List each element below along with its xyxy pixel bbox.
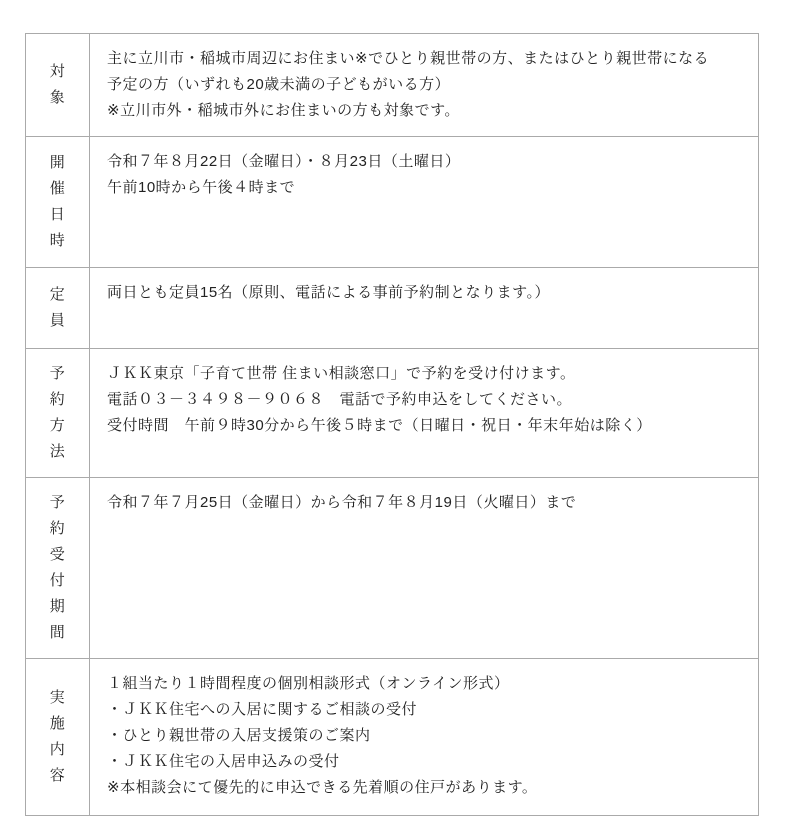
consultation-info-table-container: 対 象 主に立川市・稲城市周辺にお住まい※でひとり親世帯の方、またはひとり親世帯… <box>25 33 759 816</box>
row-content-date-time: 令和７年８月22日（金曜日）・８月23日（土曜日） 午前10時から午後４時まで <box>90 137 759 268</box>
table-row: 開 催 日 時 令和７年８月22日（金曜日）・８月23日（土曜日） 午前10時か… <box>26 137 759 268</box>
table-row: 予 約 方 法 ＪＫＫ東京「子育て世帯 住まい相談窓口」で予約を受け付けます。 … <box>26 349 759 478</box>
row-content-target: 主に立川市・稲城市周辺にお住まい※でひとり親世帯の方、またはひとり親世帯になる … <box>90 34 759 137</box>
table-row: 対 象 主に立川市・稲城市周辺にお住まい※でひとり親世帯の方、またはひとり親世帯… <box>26 34 759 137</box>
row-content-reservation-period: 令和７年７月25日（金曜日）から令和７年８月19日（火曜日）まで <box>90 478 759 659</box>
row-content-reservation-method: ＪＫＫ東京「子育て世帯 住まい相談窓口」で予約を受け付けます。 電話０３－３４９… <box>90 349 759 478</box>
table-row: 予 約 受 付 期 間 令和７年７月25日（金曜日）から令和７年８月19日（火曜… <box>26 478 759 659</box>
row-header-target: 対 象 <box>26 34 90 137</box>
table-row: 定 員 両日とも定員15名（原則、電話による事前予約制となります。） <box>26 268 759 349</box>
page: 対 象 主に立川市・稲城市周辺にお住まい※でひとり親世帯の方、またはひとり親世帯… <box>0 0 800 835</box>
table-row: 実 施 内 容 １組当たり１時間程度の個別相談形式（オンライン形式） ・ＪＫＫ住… <box>26 659 759 816</box>
row-header-program-contents: 実 施 内 容 <box>26 659 90 816</box>
row-content-capacity: 両日とも定員15名（原則、電話による事前予約制となります。） <box>90 268 759 349</box>
row-header-date-time: 開 催 日 時 <box>26 137 90 268</box>
row-header-capacity: 定 員 <box>26 268 90 349</box>
consultation-info-table: 対 象 主に立川市・稲城市周辺にお住まい※でひとり親世帯の方、またはひとり親世帯… <box>25 33 759 816</box>
row-content-program-contents: １組当たり１時間程度の個別相談形式（オンライン形式） ・ＪＫＫ住宅への入居に関す… <box>90 659 759 816</box>
row-header-reservation-method: 予 約 方 法 <box>26 349 90 478</box>
row-header-reservation-period: 予 約 受 付 期 間 <box>26 478 90 659</box>
